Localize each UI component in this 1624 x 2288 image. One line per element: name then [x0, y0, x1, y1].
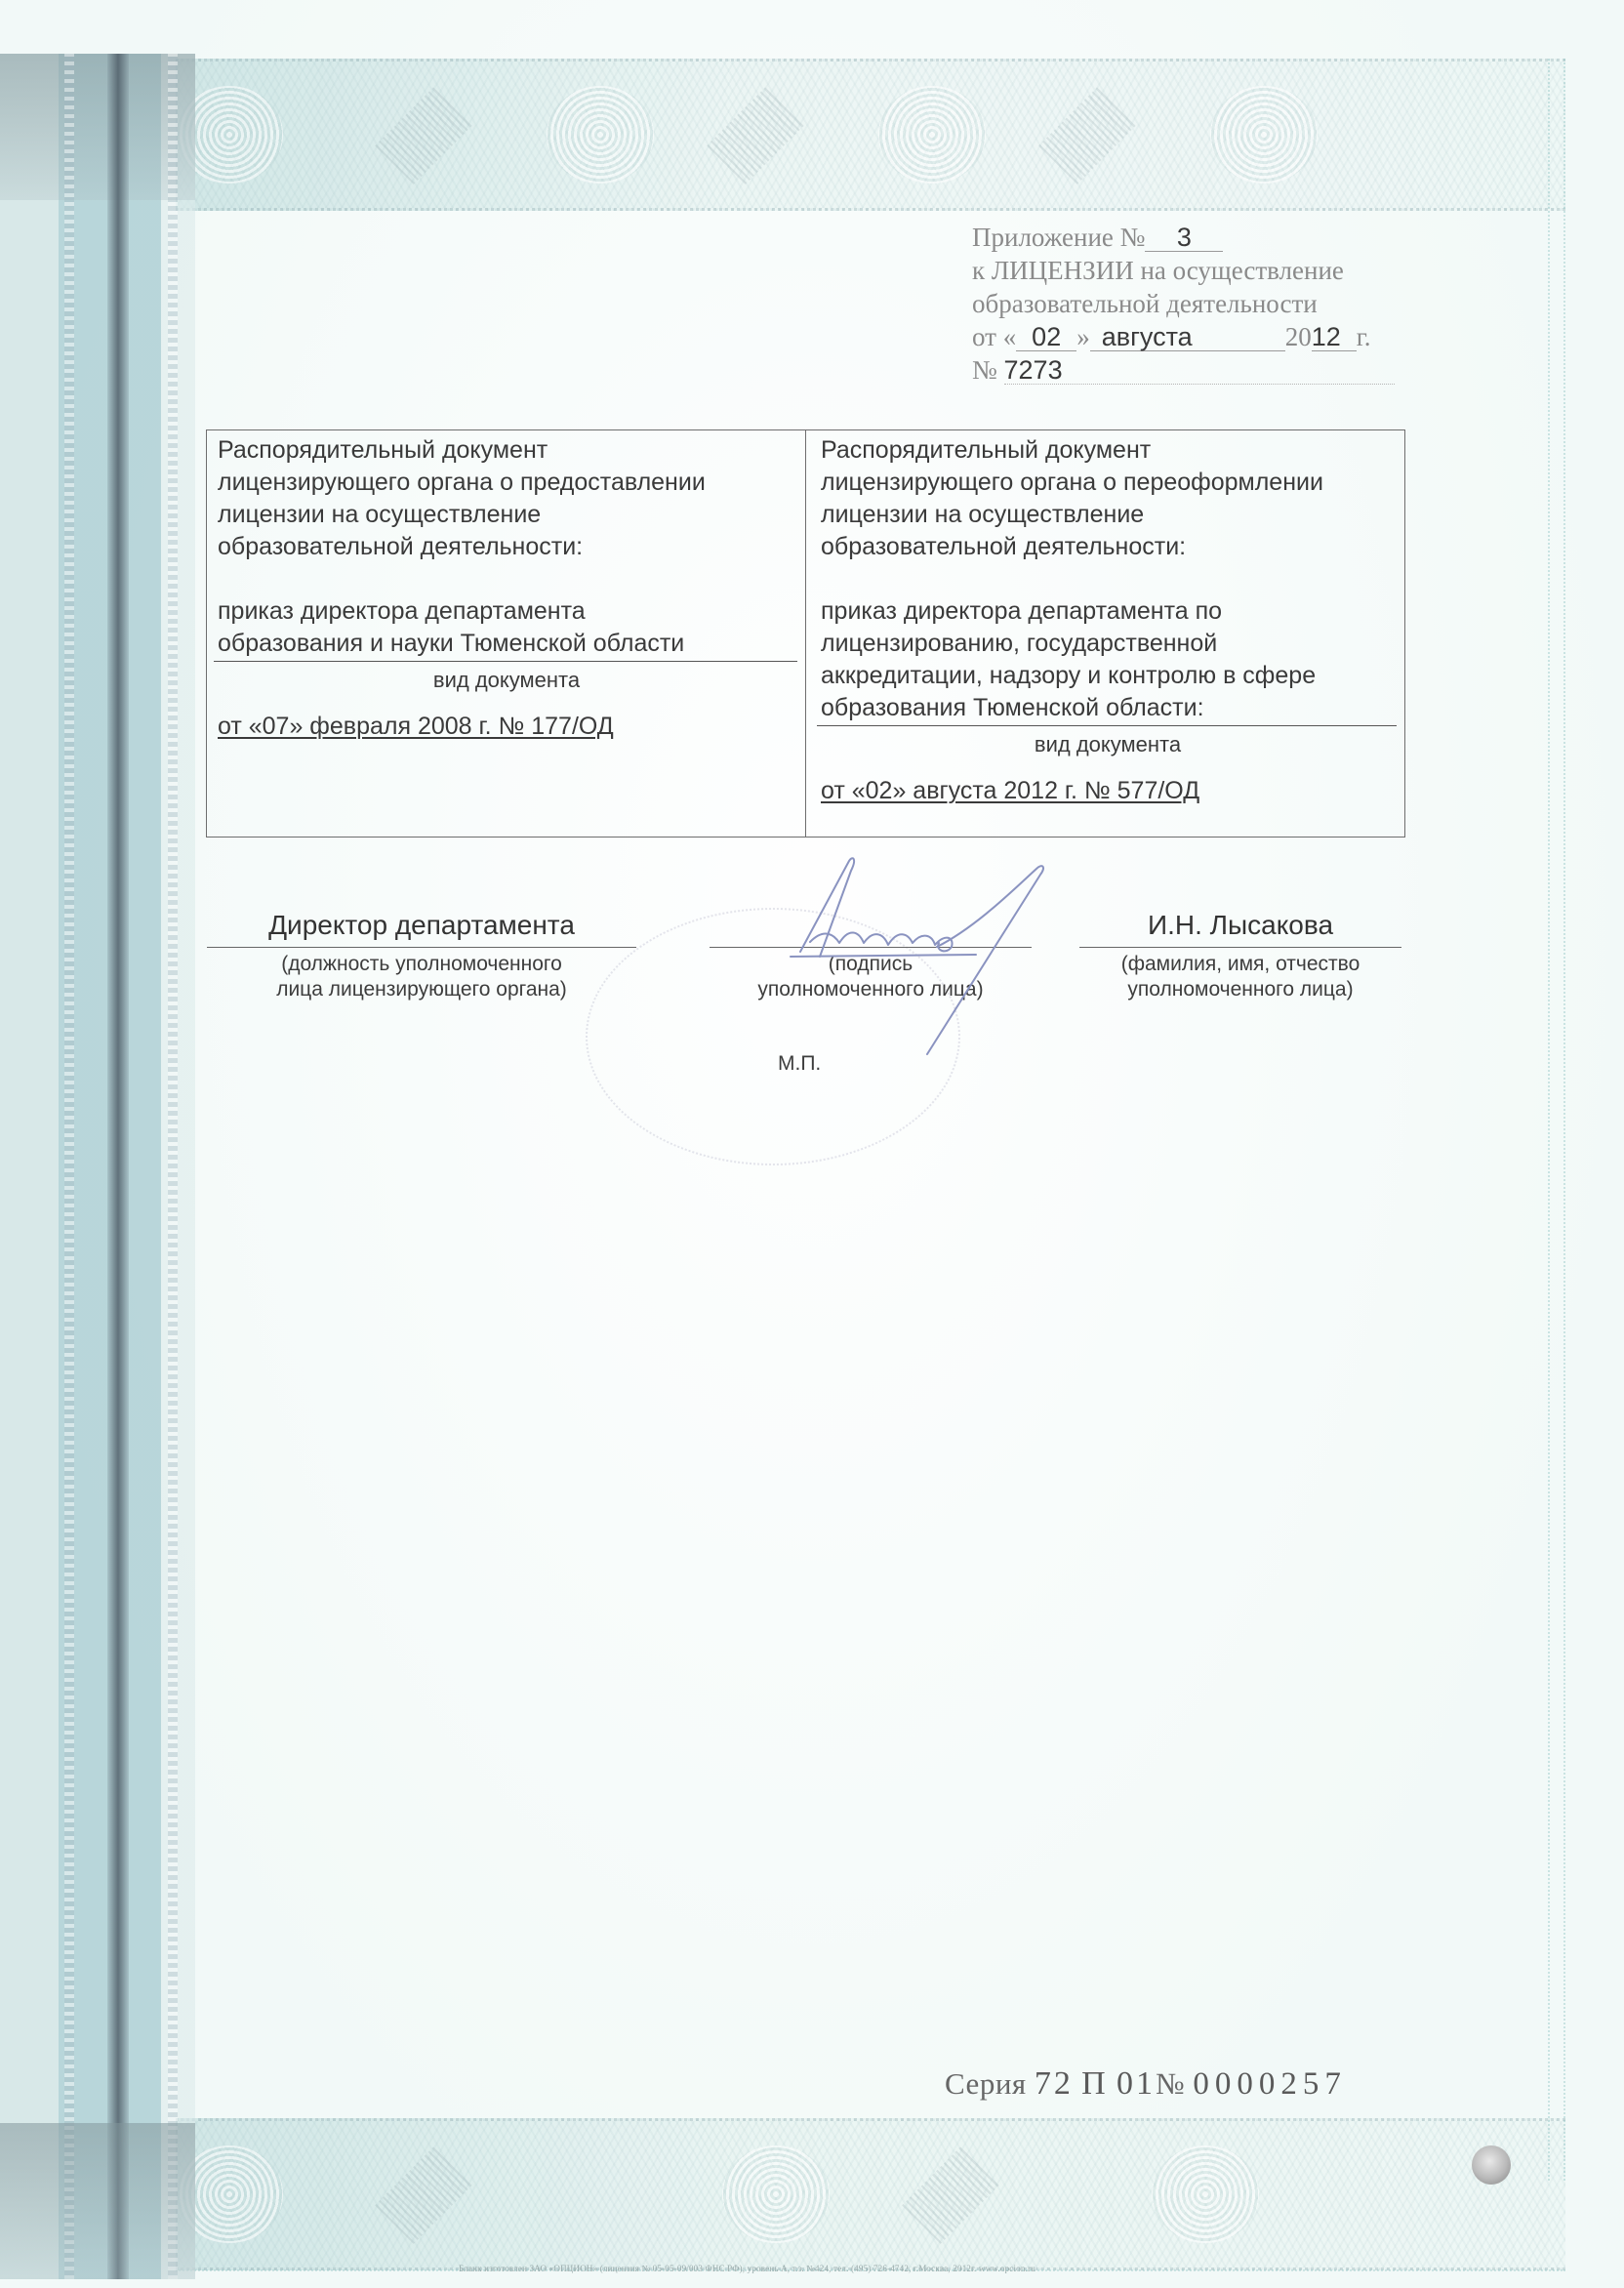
position-caption: лица лицензирующего органа) — [207, 977, 636, 1002]
date-year: 12 — [1312, 323, 1357, 351]
rosette-ornament-icon — [722, 2145, 830, 2243]
appendix-header: Приложение №3 к ЛИЦЕНЗИИ на осуществлени… — [972, 221, 1401, 387]
order-line: образования и науки Тюменской области — [218, 628, 795, 660]
order-line: приказ директора департамента по — [821, 595, 1395, 628]
spine-dotted-border — [64, 54, 74, 2279]
issuance-reference: от «07» февраля 2008 г. № 177/ОД — [218, 711, 795, 743]
printer-imprint: Бланк изготовлен ЗАО «ОПЦИОН» (лицензия … — [459, 2264, 1220, 2273]
heading-line: образовательной деятельности: — [821, 531, 1395, 563]
order-line: аккредитации, надзору и контролю в сфере — [821, 660, 1395, 692]
heading-line: лицензирующего органа о предоставлении — [218, 467, 795, 499]
spine-shadow-top — [0, 54, 195, 200]
order-line: лицензированию, государственной — [821, 628, 1395, 660]
bottom-ornament-band — [176, 2118, 1565, 2270]
rosette-ornament-icon — [1210, 86, 1318, 184]
rosette-ornament-icon — [878, 86, 986, 184]
guilloche-diamond-icon — [1038, 85, 1138, 184]
doc-kind-caption: вид документа — [821, 730, 1395, 759]
right-border-ornament — [1548, 59, 1565, 2181]
series-code-letter: П — [1081, 2065, 1109, 2102]
year-suffix: г. — [1357, 322, 1371, 351]
series-number: 0000257 — [1193, 2066, 1347, 2102]
appendix-line-3: образовательной деятельности — [972, 287, 1401, 320]
top-ornament-band — [176, 59, 1565, 211]
reissue-order: приказ директора департамента по лицензи… — [821, 595, 1395, 724]
date-quote: » — [1076, 322, 1090, 351]
guilloche-diamond-icon — [707, 85, 806, 184]
heading-line: образовательной деятельности: — [218, 531, 795, 563]
heading-line: лицензии на осуществление — [821, 499, 1395, 531]
binding-spine — [0, 54, 195, 2279]
guilloche-diamond-icon — [902, 2145, 1001, 2244]
position-caption: (должность уполномоченного — [207, 952, 636, 977]
reissue-heading: Распорядительный документ лицензирующего… — [821, 434, 1395, 563]
issuance-heading: Распорядительный документ лицензирующего… — [218, 434, 795, 563]
signatory-position: Директор департамента (должность уполном… — [207, 908, 636, 1002]
form-series-number: Серия 72 П 01№ 0000257 — [945, 2065, 1347, 2103]
order-line: образования Тюменской области: — [821, 692, 1395, 724]
appendix-label: Приложение № — [972, 223, 1145, 252]
spine-fold — [107, 54, 129, 2279]
date-month: августа — [1090, 323, 1285, 351]
series-label: Серия — [945, 2066, 1027, 2101]
doc-kind-caption: вид документа — [218, 666, 795, 695]
year-prefix: 20 — [1285, 322, 1312, 351]
appendix-number-line: Приложение №3 — [972, 221, 1401, 254]
appendix-number: 3 — [1145, 224, 1223, 252]
heading-line: Распорядительный документ — [218, 434, 795, 467]
spine-shadow-bottom — [0, 2123, 195, 2279]
rosette-ornament-icon — [1152, 2145, 1259, 2243]
series-number-label: № — [1156, 2066, 1185, 2101]
table-cell-reissue: Распорядительный документ лицензирующего… — [806, 430, 1404, 837]
guilloche-diamond-icon — [375, 85, 474, 184]
series-code-region: 72 — [1035, 2065, 1074, 2102]
position-rule — [207, 947, 636, 948]
guilloche-diamond-icon — [375, 2145, 474, 2244]
heading-line: Распорядительный документ — [821, 434, 1395, 467]
spine-dotted-border — [168, 54, 178, 2279]
registration-label: № — [972, 355, 997, 385]
date-day: 02 — [1016, 323, 1076, 351]
hologram-seal-icon — [1472, 2145, 1511, 2185]
issuance-order: приказ директора департамента образовани… — [218, 595, 795, 660]
license-documents-table: Распорядительный документ лицензирующего… — [206, 429, 1405, 838]
handwritten-signature — [781, 849, 1132, 1074]
registration-line: № 7273 — [972, 353, 1401, 387]
heading-line: лицензирующего органа о переоформлении — [821, 467, 1395, 499]
appendix-line-2: к ЛИЦЕНЗИИ на осуществление — [972, 254, 1401, 287]
table-cell-issuance: Распорядительный документ лицензирующего… — [207, 430, 806, 837]
position-value: Директор департамента — [207, 908, 636, 943]
reissue-reference: от «02» августа 2012 г. № 577/ОД — [821, 775, 1395, 807]
appendix-date-line: от «02»августа2012г. — [972, 320, 1401, 353]
series-code-sub: 01 — [1116, 2065, 1156, 2102]
stamp-place-label: М.П. — [778, 1052, 821, 1076]
order-line: приказ директора департамента — [218, 595, 795, 628]
registration-number: 7273 — [1004, 356, 1395, 385]
rosette-ornament-icon — [547, 86, 654, 184]
heading-line: лицензии на осуществление — [218, 499, 795, 531]
date-prefix: от « — [972, 322, 1016, 351]
